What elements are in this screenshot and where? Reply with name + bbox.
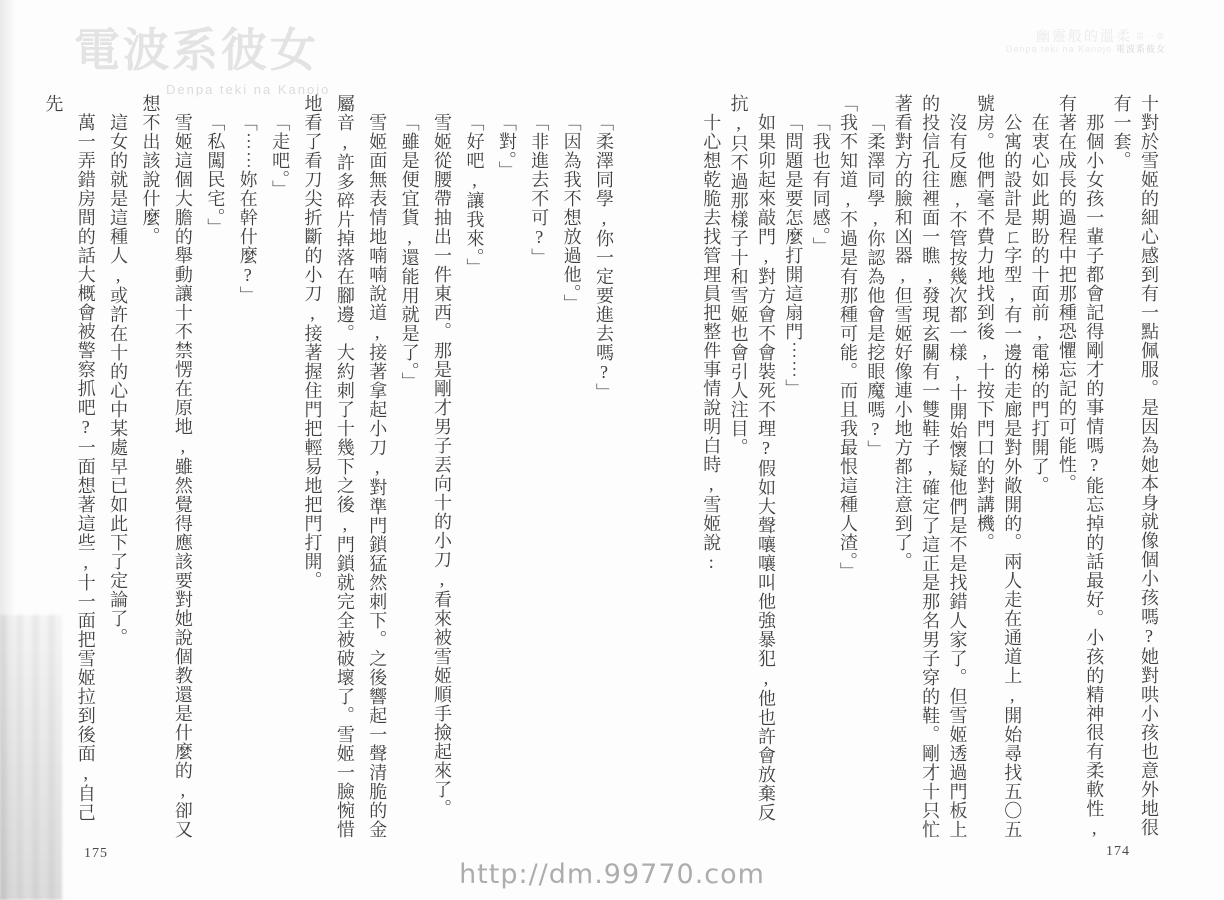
paragraph: 「對。」 [490, 94, 522, 839]
page-175: 「柔澤同學,你一定要進去嗎?」「因為我不想放過他。」「非進去不可?」「對。」「好… [58, 94, 620, 844]
paragraph: 十心想乾脆去找管理員把整件事情說明白時,雪姬說: [697, 94, 724, 839]
page-175-text: 「柔澤同學,你一定要進去嗎?」「因為我不想放過他。」「非進去不可?」「對。」「好… [58, 94, 620, 839]
paragraph: 「⋯⋯妳在幹什麼?」 [231, 94, 263, 839]
paragraph: 「我也有同感。」 [806, 94, 833, 839]
paragraph: 「雖是便宜貨,還能用就是了。」 [393, 94, 425, 839]
paragraph: 「私闖民宅。」 [199, 94, 231, 839]
page-174: 十對於雪姬的細心感到有一點佩服。是因為她本身就像個小孩嗎?她對哄小孩也意外地很有… [676, 94, 1162, 844]
paragraph: 「柔澤同學,你認為他會是挖眼魔嗎?」 [861, 94, 888, 839]
paragraph: 「問題是要怎麼打開這扇門⋯⋯」 [779, 94, 806, 839]
scan-edge-shading [0, 0, 16, 900]
paragraph: 雪姬面無表情地喃喃說道,接著拿起小刀,對準門鎖猛然刺下。之後響起一聲清脆的金屬音… [296, 94, 393, 839]
paragraph: 那個小女孩一輩子都會記得剛才的事情嗎?能忘掉的話最好。小孩的精神很有柔軟性,有著… [1053, 94, 1108, 839]
running-head-subtitle: Denpa teki na Kanojo電波系彼女 [1006, 44, 1166, 54]
paragraph: 如果卯起來敲門,對方會不會裝死不理?假如大聲嚷嚷叫他強暴犯,他也許會放棄反抗,只… [724, 94, 779, 839]
paragraph: 「好吧,讓我來。」 [458, 94, 490, 839]
page-number-left: 175 [84, 846, 108, 862]
paragraph: 公寓的設計是ㄈ字型,有一邊的走廊是對外敞開的。兩人走在通道上,開始尋找五〇五號房… [970, 94, 1025, 839]
paragraph: 雪姬這個大膽的舉動讓十不禁愣在原地,雖然覺得應該要對她說個教還是什麼的,卻又想不… [134, 94, 199, 839]
paragraph: 這女的就是這種人,或許在十的心中某處早已如此下了定論了。 [102, 94, 134, 839]
series-logo-title: 電波系彼女 [74, 14, 330, 80]
paragraph: 萬一弄錯房間的話大概會被警察抓吧?一面想著這些,十一面把雪姬拉到後面,自己先 [37, 94, 102, 839]
paragraph: 「柔澤同學,你一定要進去嗎?」 [588, 94, 620, 839]
paragraph: 「非進去不可?」 [523, 94, 555, 839]
page-174-text: 十對於雪姬的細心感到有一點佩服。是因為她本身就像個小孩嗎?她對哄小孩也意外地很有… [676, 94, 1162, 839]
running-head-series: 電波系彼女 [1116, 44, 1166, 54]
running-head-title: 幽靈般的溫柔第一章 [1006, 28, 1166, 44]
paragraph: 「走吧。」 [264, 94, 296, 839]
running-head-romaji: Denpa teki na Kanojo [1006, 44, 1112, 54]
page-number-right: 174 [1106, 844, 1130, 860]
paragraph: 在衷心如此期盼的十面前,電梯的門打開了。 [1025, 94, 1052, 839]
watermark-url: http://dm.99770.com [459, 859, 765, 890]
series-logo: 電波系彼女 Denpa teki na Kanojo [74, 14, 330, 97]
paragraph: 雪姬從腰帶抽出一件東西。那是剛才男子丟向十的小刀,看來被雪姬順手撿起來了。 [426, 94, 458, 839]
running-head-chapter: 第一章 [1136, 32, 1166, 41]
paragraph: 「因為我不想放過他。」 [555, 94, 587, 839]
paragraph: 十對於雪姬的細心感到有一點佩服。是因為她本身就像個小孩嗎?她對哄小孩也意外地很有… [1107, 94, 1162, 839]
running-head-title-text: 幽靈般的溫柔 [1036, 28, 1132, 44]
scanned-book-spread: 電波系彼女 Denpa teki na Kanojo 幽靈般的溫柔第一章 Den… [0, 0, 1224, 900]
paragraph: 「我不知道,不過是有那種可能。而且我最恨這種人渣。」 [834, 94, 861, 839]
running-head: 幽靈般的溫柔第一章 Denpa teki na Kanojo電波系彼女 [1006, 28, 1166, 54]
paragraph: 沒有反應,不管按幾次都一樣,十開始懷疑他們是不是找錯人家了。但雪姬透過門板上的投… [888, 94, 970, 839]
